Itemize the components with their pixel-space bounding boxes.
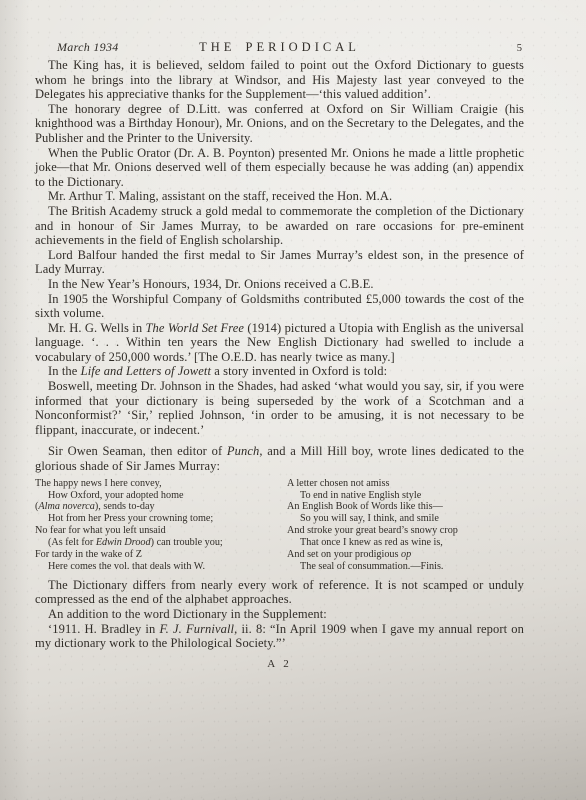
paragraph: Mr. Arthur T. Maling, assistant on the s… bbox=[35, 189, 524, 204]
poem-left-column: The happy news I here convey,How Oxford,… bbox=[35, 478, 287, 573]
paragraph: When the Public Orator (Dr. A. B. Poynto… bbox=[35, 146, 524, 190]
page-content: March 1934 THE PERIODICAL 5 The King has… bbox=[35, 40, 524, 670]
text: So you will say, I think, and smile bbox=[300, 513, 439, 524]
poem-line: And set on your prodigious op bbox=[287, 549, 524, 561]
text: Mr. H. G. Wells in bbox=[48, 321, 145, 335]
text: Mr. Arthur T. Maling, assistant on the s… bbox=[48, 189, 392, 203]
paragraph: Lord Balfour handed the first medal to S… bbox=[35, 248, 524, 277]
running-head-title: THE PERIODICAL bbox=[35, 40, 524, 55]
running-head: March 1934 THE PERIODICAL 5 bbox=[35, 40, 524, 56]
text: When the Public Orator (Dr. A. B. Poynto… bbox=[35, 146, 524, 189]
text: ) can trouble you; bbox=[151, 537, 223, 548]
italic-text: Alma noverca bbox=[38, 501, 94, 512]
italic-text: Edwin Drood bbox=[96, 537, 151, 548]
italic-text: Punch bbox=[227, 444, 259, 458]
paragraph: ‘1911. H. Bradley in F. J. Furnivall, ii… bbox=[35, 622, 524, 651]
body-paragraphs: The King has, it is believed, seldom fai… bbox=[35, 58, 524, 474]
text: a story invented in Oxford is told: bbox=[211, 364, 387, 378]
text: The King has, it is believed, seldom fai… bbox=[35, 58, 524, 101]
text: Here comes the vol. that deals with W. bbox=[48, 561, 205, 572]
scanned-page-photo: March 1934 THE PERIODICAL 5 The King has… bbox=[0, 0, 586, 800]
paragraph: The British Academy struck a gold medal … bbox=[35, 204, 524, 248]
seaman-poem: The happy news I here convey,How Oxford,… bbox=[35, 478, 524, 573]
text: Sir Owen Seaman, then editor of bbox=[48, 444, 227, 458]
paragraph: The King has, it is believed, seldom fai… bbox=[35, 58, 524, 102]
poem-line: The happy news I here convey, bbox=[35, 478, 287, 490]
press-signature: A 2 bbox=[35, 658, 524, 670]
text: ‘1911. H. Bradley in bbox=[48, 622, 160, 636]
poem-line: No fear for what you left unsaid bbox=[35, 525, 287, 537]
poem-line: (As felt for Edwin Drood) can trouble yo… bbox=[35, 537, 287, 549]
text: And stroke your great beard’s snowy crop bbox=[287, 525, 458, 536]
text: That once I knew as red as wine is, bbox=[300, 537, 443, 548]
text: To end in native English style bbox=[300, 490, 421, 501]
text: An English Book of Words like this— bbox=[287, 501, 443, 512]
poem-line: So you will say, I think, and smile bbox=[287, 513, 524, 525]
poem-line: Here comes the vol. that deals with W. bbox=[35, 561, 287, 573]
text: The Dictionary differs from nearly every… bbox=[35, 578, 524, 607]
paragraph: In the Life and Letters of Jowett a stor… bbox=[35, 364, 524, 379]
text: A letter chosen not amiss bbox=[287, 478, 389, 489]
paragraph: In the New Year’s Honours, 1934, Dr. Oni… bbox=[35, 277, 524, 292]
italic-text: The World Set Free bbox=[145, 321, 244, 335]
text: Lord Balfour handed the first medal to S… bbox=[35, 248, 524, 277]
text: ), sends to-day bbox=[95, 501, 155, 512]
text: The happy news I here convey, bbox=[35, 478, 162, 489]
paragraph: Boswell, meeting Dr. Johnson in the Shad… bbox=[35, 379, 524, 437]
poem-right-column: A letter chosen not amissTo end in nativ… bbox=[287, 478, 524, 573]
paragraph: Mr. H. G. Wells in The World Set Free (1… bbox=[35, 321, 524, 365]
poem-line: How Oxford, your adopted home bbox=[35, 490, 287, 502]
text: Boswell, meeting Dr. Johnson in the Shad… bbox=[35, 379, 524, 437]
italic-text: F. J. Furnivall bbox=[160, 622, 235, 636]
paragraph: Sir Owen Seaman, then editor of Punch, a… bbox=[35, 444, 524, 473]
poem-line: Hot from her Press your crowning tome; bbox=[35, 513, 287, 525]
poem-line: The seal of consummation.—Finis. bbox=[287, 561, 524, 573]
text: In the bbox=[48, 364, 81, 378]
text: In the New Year’s Honours, 1934, Dr. Oni… bbox=[48, 277, 374, 291]
text: In 1905 the Worshipful Company of Goldsm… bbox=[35, 292, 524, 321]
text: The British Academy struck a gold medal … bbox=[35, 204, 524, 247]
text: No fear for what you left unsaid bbox=[35, 525, 166, 536]
text: And set on your prodigious bbox=[287, 549, 401, 560]
poem-line: And stroke your great beard’s snowy crop bbox=[287, 525, 524, 537]
text: The seal of consummation.—Finis. bbox=[300, 561, 443, 572]
poem-line: For tardy in the wake of Z bbox=[35, 549, 287, 561]
text: An addition to the word Dictionary in th… bbox=[48, 607, 327, 621]
page-number: 5 bbox=[517, 43, 522, 54]
text: How Oxford, your adopted home bbox=[48, 490, 184, 501]
italic-text: op bbox=[401, 549, 411, 560]
text: For tardy in the wake of Z bbox=[35, 549, 142, 560]
poem-line: A letter chosen not amiss bbox=[287, 478, 524, 490]
italic-text: Life and Letters of Jowett bbox=[81, 364, 211, 378]
paragraph: In 1905 the Worshipful Company of Goldsm… bbox=[35, 292, 524, 321]
poem-line: (Alma noverca), sends to-day bbox=[35, 501, 287, 513]
text: (As felt for bbox=[48, 537, 96, 548]
poem-line: An English Book of Words like this— bbox=[287, 501, 524, 513]
paragraph: The honorary degree of D.Litt. was confe… bbox=[35, 102, 524, 146]
closing-paragraphs: The Dictionary differs from nearly every… bbox=[35, 578, 524, 651]
paragraph: An addition to the word Dictionary in th… bbox=[35, 607, 524, 622]
text: Hot from her Press your crowning tome; bbox=[48, 513, 213, 524]
paragraph: The Dictionary differs from nearly every… bbox=[35, 578, 524, 607]
poem-line: To end in native English style bbox=[287, 490, 524, 502]
text: The honorary degree of D.Litt. was confe… bbox=[35, 102, 524, 145]
poem-line: That once I knew as red as wine is, bbox=[287, 537, 524, 549]
